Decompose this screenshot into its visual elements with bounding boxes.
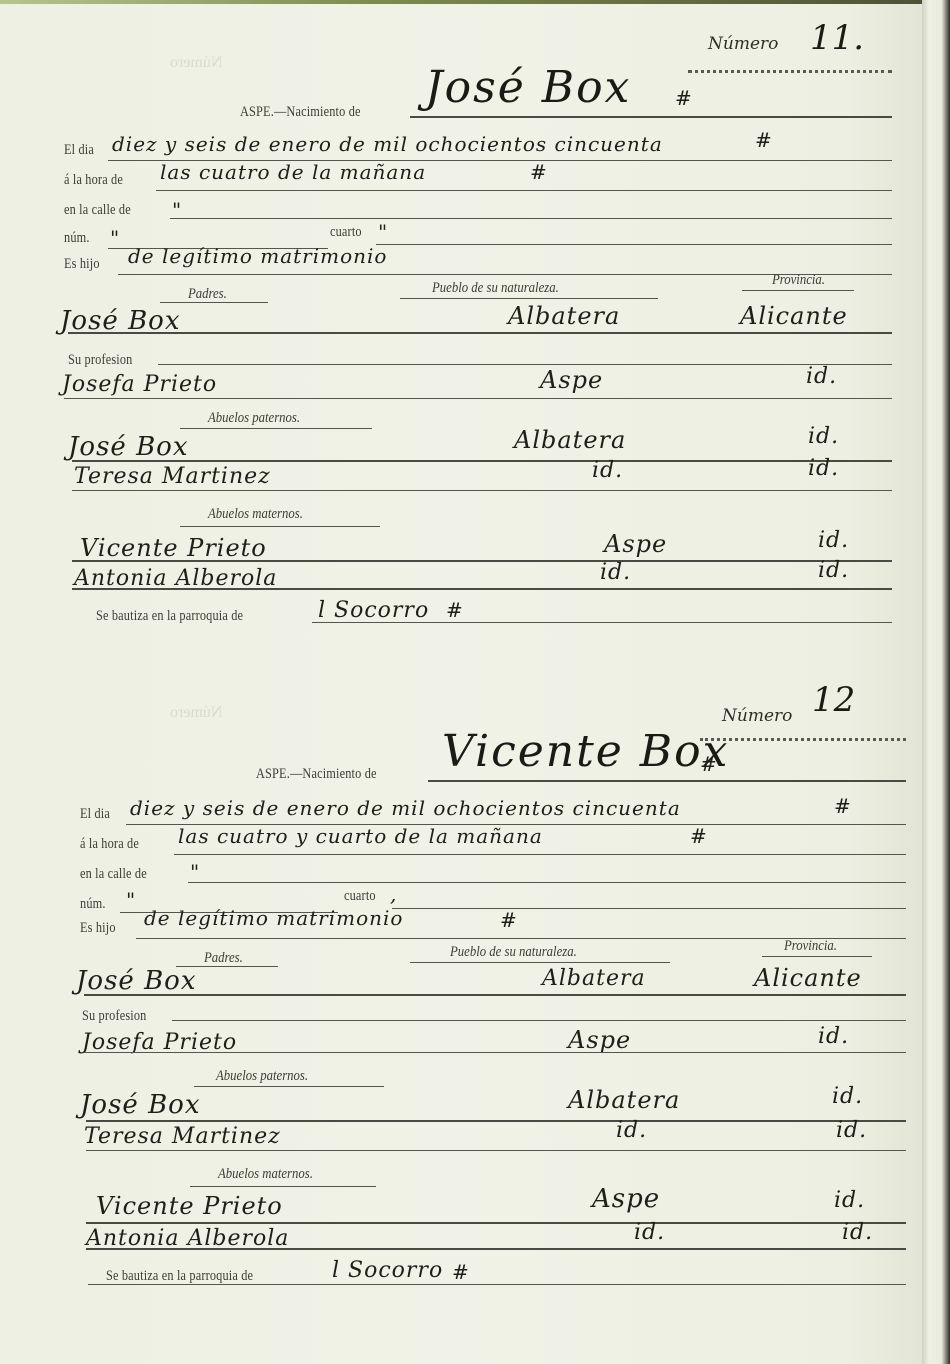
provincia-header-line (762, 956, 872, 957)
abuela-paterna-line (86, 1150, 906, 1151)
padre-provincia: Alicante (740, 302, 848, 330)
num-value: " (126, 888, 136, 912)
cancel-mark: # (690, 824, 708, 848)
calle-line (188, 882, 906, 883)
profesion-label: Su profesion (68, 352, 132, 369)
abuelo-paterno-pueblo: Albatera (568, 1086, 680, 1114)
nacimiento-label: ASPE.—Nacimiento de (240, 104, 361, 121)
madre-name: Josefa Prieto (62, 372, 217, 397)
madre-provincia: id. (806, 364, 837, 389)
abuelo-materno-line (86, 1222, 906, 1224)
abuelo-materno-pueblo: Aspe (592, 1184, 660, 1214)
registry-page: Número Número Número 11. ASPE.—Nacimient… (0, 4, 922, 1364)
hijo-label: Es hijo (64, 256, 100, 273)
profesion-label: Su profesion (82, 1008, 146, 1025)
num-value: " (110, 226, 120, 250)
abuelo-paterno-provincia: id. (808, 424, 839, 449)
num-label: núm. (64, 230, 90, 247)
abuela-materna-pueblo: id. (634, 1220, 665, 1245)
abuelos-paternos-header: Abuelos paternos. (208, 410, 300, 427)
provincia-header-line (742, 290, 854, 291)
pueblo-header-line (410, 962, 670, 963)
madre-pueblo: Aspe (540, 366, 603, 394)
hora-line (174, 854, 906, 855)
nacimiento-label: ASPE.—Nacimiento de (256, 766, 377, 783)
parroquia-value: l Socorro (318, 598, 429, 623)
numero-label: Número (722, 706, 792, 726)
abuela-materna-line (86, 1248, 906, 1250)
hora-label: á la hora de (80, 836, 139, 853)
dia-value: diez y seis de enero de mil ochocientos … (112, 132, 663, 156)
padre-line (84, 994, 906, 996)
cuarto-value: " (378, 220, 388, 244)
num-label: núm. (80, 896, 106, 913)
parroquia-line (312, 622, 892, 623)
hora-value: las cuatro de la mañana (160, 160, 426, 184)
provincia-header: Provincia. (784, 938, 837, 955)
abuelo-paterno-name: José Box (68, 432, 189, 462)
cuarto-label: cuarto (330, 224, 362, 241)
cuarto-value: , (390, 882, 397, 906)
abuela-paterna-name: Teresa Martinez (84, 1124, 281, 1149)
hijo-label: Es hijo (80, 920, 116, 937)
dia-value: diez y seis de enero de mil ochocientos … (130, 796, 681, 820)
abuelos-maternos-line (190, 1186, 376, 1187)
dia-label: El dia (80, 806, 110, 823)
cancel-mark: # (452, 1260, 470, 1284)
padre-pueblo: Albatera (508, 302, 620, 330)
abuelos-paternos-line (180, 428, 372, 429)
hora-value: las cuatro y cuarto de la mañana (178, 824, 543, 848)
cancel-mark: # (675, 86, 693, 110)
child-name: José Box (425, 62, 631, 113)
abuela-paterna-line (72, 490, 892, 491)
profesion-line (158, 364, 892, 365)
madre-pueblo: Aspe (568, 1026, 631, 1054)
abuela-paterna-provincia: id. (808, 456, 839, 481)
padre-pueblo: Albatera (542, 966, 646, 991)
abuelo-paterno-line (86, 1120, 906, 1122)
cuarto-line (376, 244, 892, 245)
padres-header-line (160, 302, 268, 303)
dia-label: El dia (64, 142, 94, 159)
parroquia-line (88, 1284, 906, 1285)
child-name: Vicente Box (442, 726, 729, 777)
cancel-mark: # (500, 908, 518, 932)
profesion-line (172, 1020, 906, 1021)
cancel-mark: # (530, 160, 548, 184)
abuela-paterna-provincia: id. (836, 1118, 867, 1143)
padres-header: Padres. (188, 286, 227, 303)
bleed-through-numero: Número (170, 54, 222, 72)
cancel-mark: # (700, 752, 718, 776)
hora-label: á la hora de (64, 172, 123, 189)
numero-underline (688, 70, 892, 73)
numero-label: Número (708, 34, 778, 54)
bleed-through-numero-2: Número (170, 704, 222, 722)
padre-line (68, 332, 892, 334)
abuelo-materno-line (72, 560, 892, 562)
cancel-mark: # (446, 598, 464, 622)
padres-header: Padres. (204, 950, 243, 967)
calle-line (170, 218, 892, 219)
calle-label: en la calle de (80, 866, 147, 883)
hora-line (156, 190, 892, 191)
parroquia-value: l Socorro (332, 1258, 443, 1283)
numero-underline (700, 738, 906, 741)
abuelo-paterno-provincia: id. (832, 1084, 863, 1109)
padre-name: José Box (76, 966, 197, 996)
cuarto-line (392, 908, 906, 909)
madre-line (84, 1052, 906, 1053)
provincia-header: Provincia. (772, 272, 825, 289)
abuela-materna-provincia: id. (818, 558, 849, 583)
abuelo-materno-name: Vicente Prieto (80, 534, 267, 562)
abuelos-maternos-line (180, 526, 380, 527)
abuelos-paternos-line (194, 1086, 384, 1087)
page-binding-edge (922, 0, 950, 1364)
cancel-mark: # (834, 794, 852, 818)
abuela-materna-provincia: id. (842, 1220, 873, 1245)
abuela-materna-pueblo: id. (600, 560, 631, 585)
abuelo-materno-provincia: id. (834, 1188, 865, 1213)
name-line (410, 116, 892, 118)
hijo-value: de legítimo matrimonio (128, 244, 387, 268)
abuela-paterna-name: Teresa Martinez (74, 464, 271, 489)
abuela-paterna-pueblo: id. (592, 458, 623, 483)
abuelos-paternos-header: Abuelos paternos. (216, 1068, 308, 1085)
pueblo-header: Pueblo de su naturaleza. (450, 944, 577, 961)
cancel-mark: # (755, 128, 773, 152)
abuelo-materno-pueblo: Aspe (604, 530, 667, 558)
abuelos-maternos-header: Abuelos maternos. (208, 506, 303, 523)
abuelos-maternos-header: Abuelos maternos. (218, 1166, 313, 1183)
abuelo-materno-name: Vicente Prieto (96, 1192, 283, 1220)
abuelo-paterno-name: José Box (80, 1090, 201, 1120)
hijo-value: de legítimo matrimonio (144, 906, 403, 930)
name-line (428, 780, 906, 782)
numero-value: 11. (810, 18, 864, 58)
abuela-materna-line (72, 588, 892, 590)
numero-value: 12 (812, 680, 855, 720)
parroquia-label: Se bautiza en la parroquia de (96, 608, 243, 625)
cuarto-label: cuarto (344, 888, 376, 905)
parroquia-label: Se bautiza en la parroquia de (106, 1268, 253, 1285)
pueblo-header: Pueblo de su naturaleza. (432, 280, 559, 297)
madre-line (64, 398, 892, 399)
abuelo-paterno-pueblo: Albatera (514, 426, 626, 454)
abuelo-materno-provincia: id. (818, 528, 849, 553)
pueblo-header-line (400, 298, 658, 299)
madre-provincia: id. (818, 1024, 849, 1049)
calle-label: en la calle de (64, 202, 131, 219)
calle-value: " (190, 860, 200, 884)
abuelo-paterno-line (72, 460, 892, 462)
abuela-paterna-pueblo: id. (616, 1118, 647, 1143)
padre-provincia: Alicante (754, 964, 862, 992)
